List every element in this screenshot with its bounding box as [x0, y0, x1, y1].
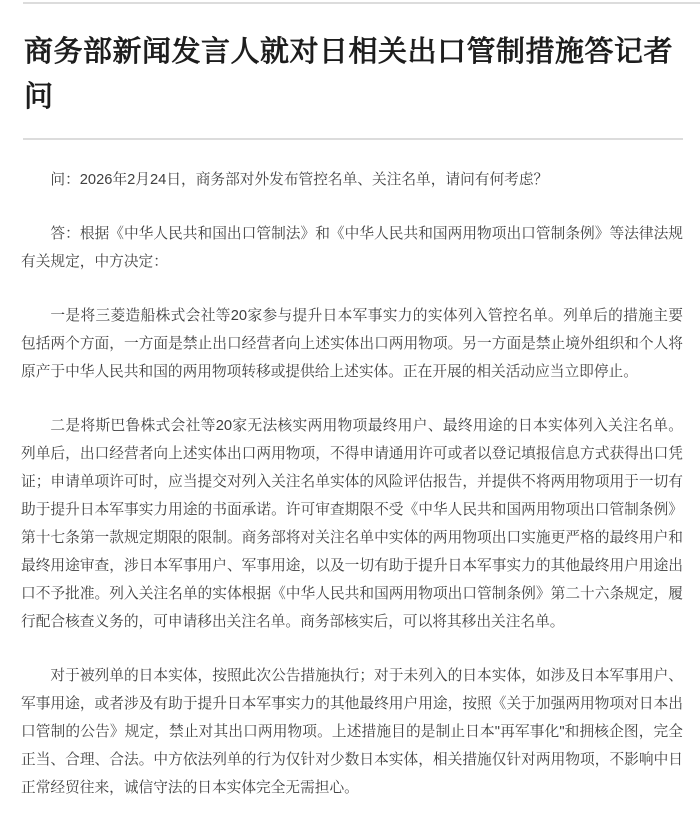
- article-body: 问：2026年2月24日，商务部对外发布管控名单、关注名单，请问有何考虑？ 答：…: [21, 166, 683, 802]
- title-divider: [23, 138, 683, 140]
- paragraph-answer-intro: 答：根据《中华人民共和国出口管制法》和《中华人民共和国两用物项出口管制条例》等法…: [21, 220, 683, 276]
- paragraph-measure-watch-list: 二是将斯巴鲁株式会社等20家无法核实两用物项最终用户、最终用途的日本实体列入关注…: [21, 412, 683, 636]
- paragraph-conclusion: 对于被列单的日本实体，按照此次公告措施执行；对于未列入的日本实体，如涉及日本军事…: [21, 662, 683, 802]
- page-title: 商务部新闻发言人就对日相关出口管制措施答记者问: [24, 30, 680, 120]
- article-page: 商务部新闻发言人就对日相关出口管制措施答记者问 问：2026年2月24日，商务部…: [0, 2, 700, 818]
- top-divider: [23, 2, 700, 4]
- paragraph-question: 问：2026年2月24日，商务部对外发布管控名单、关注名单，请问有何考虑？: [21, 166, 683, 194]
- paragraph-measure-control-list: 一是将三菱造船株式会社等20家参与提升日本军事实力的实体列入管控名单。列单后的措…: [21, 302, 683, 386]
